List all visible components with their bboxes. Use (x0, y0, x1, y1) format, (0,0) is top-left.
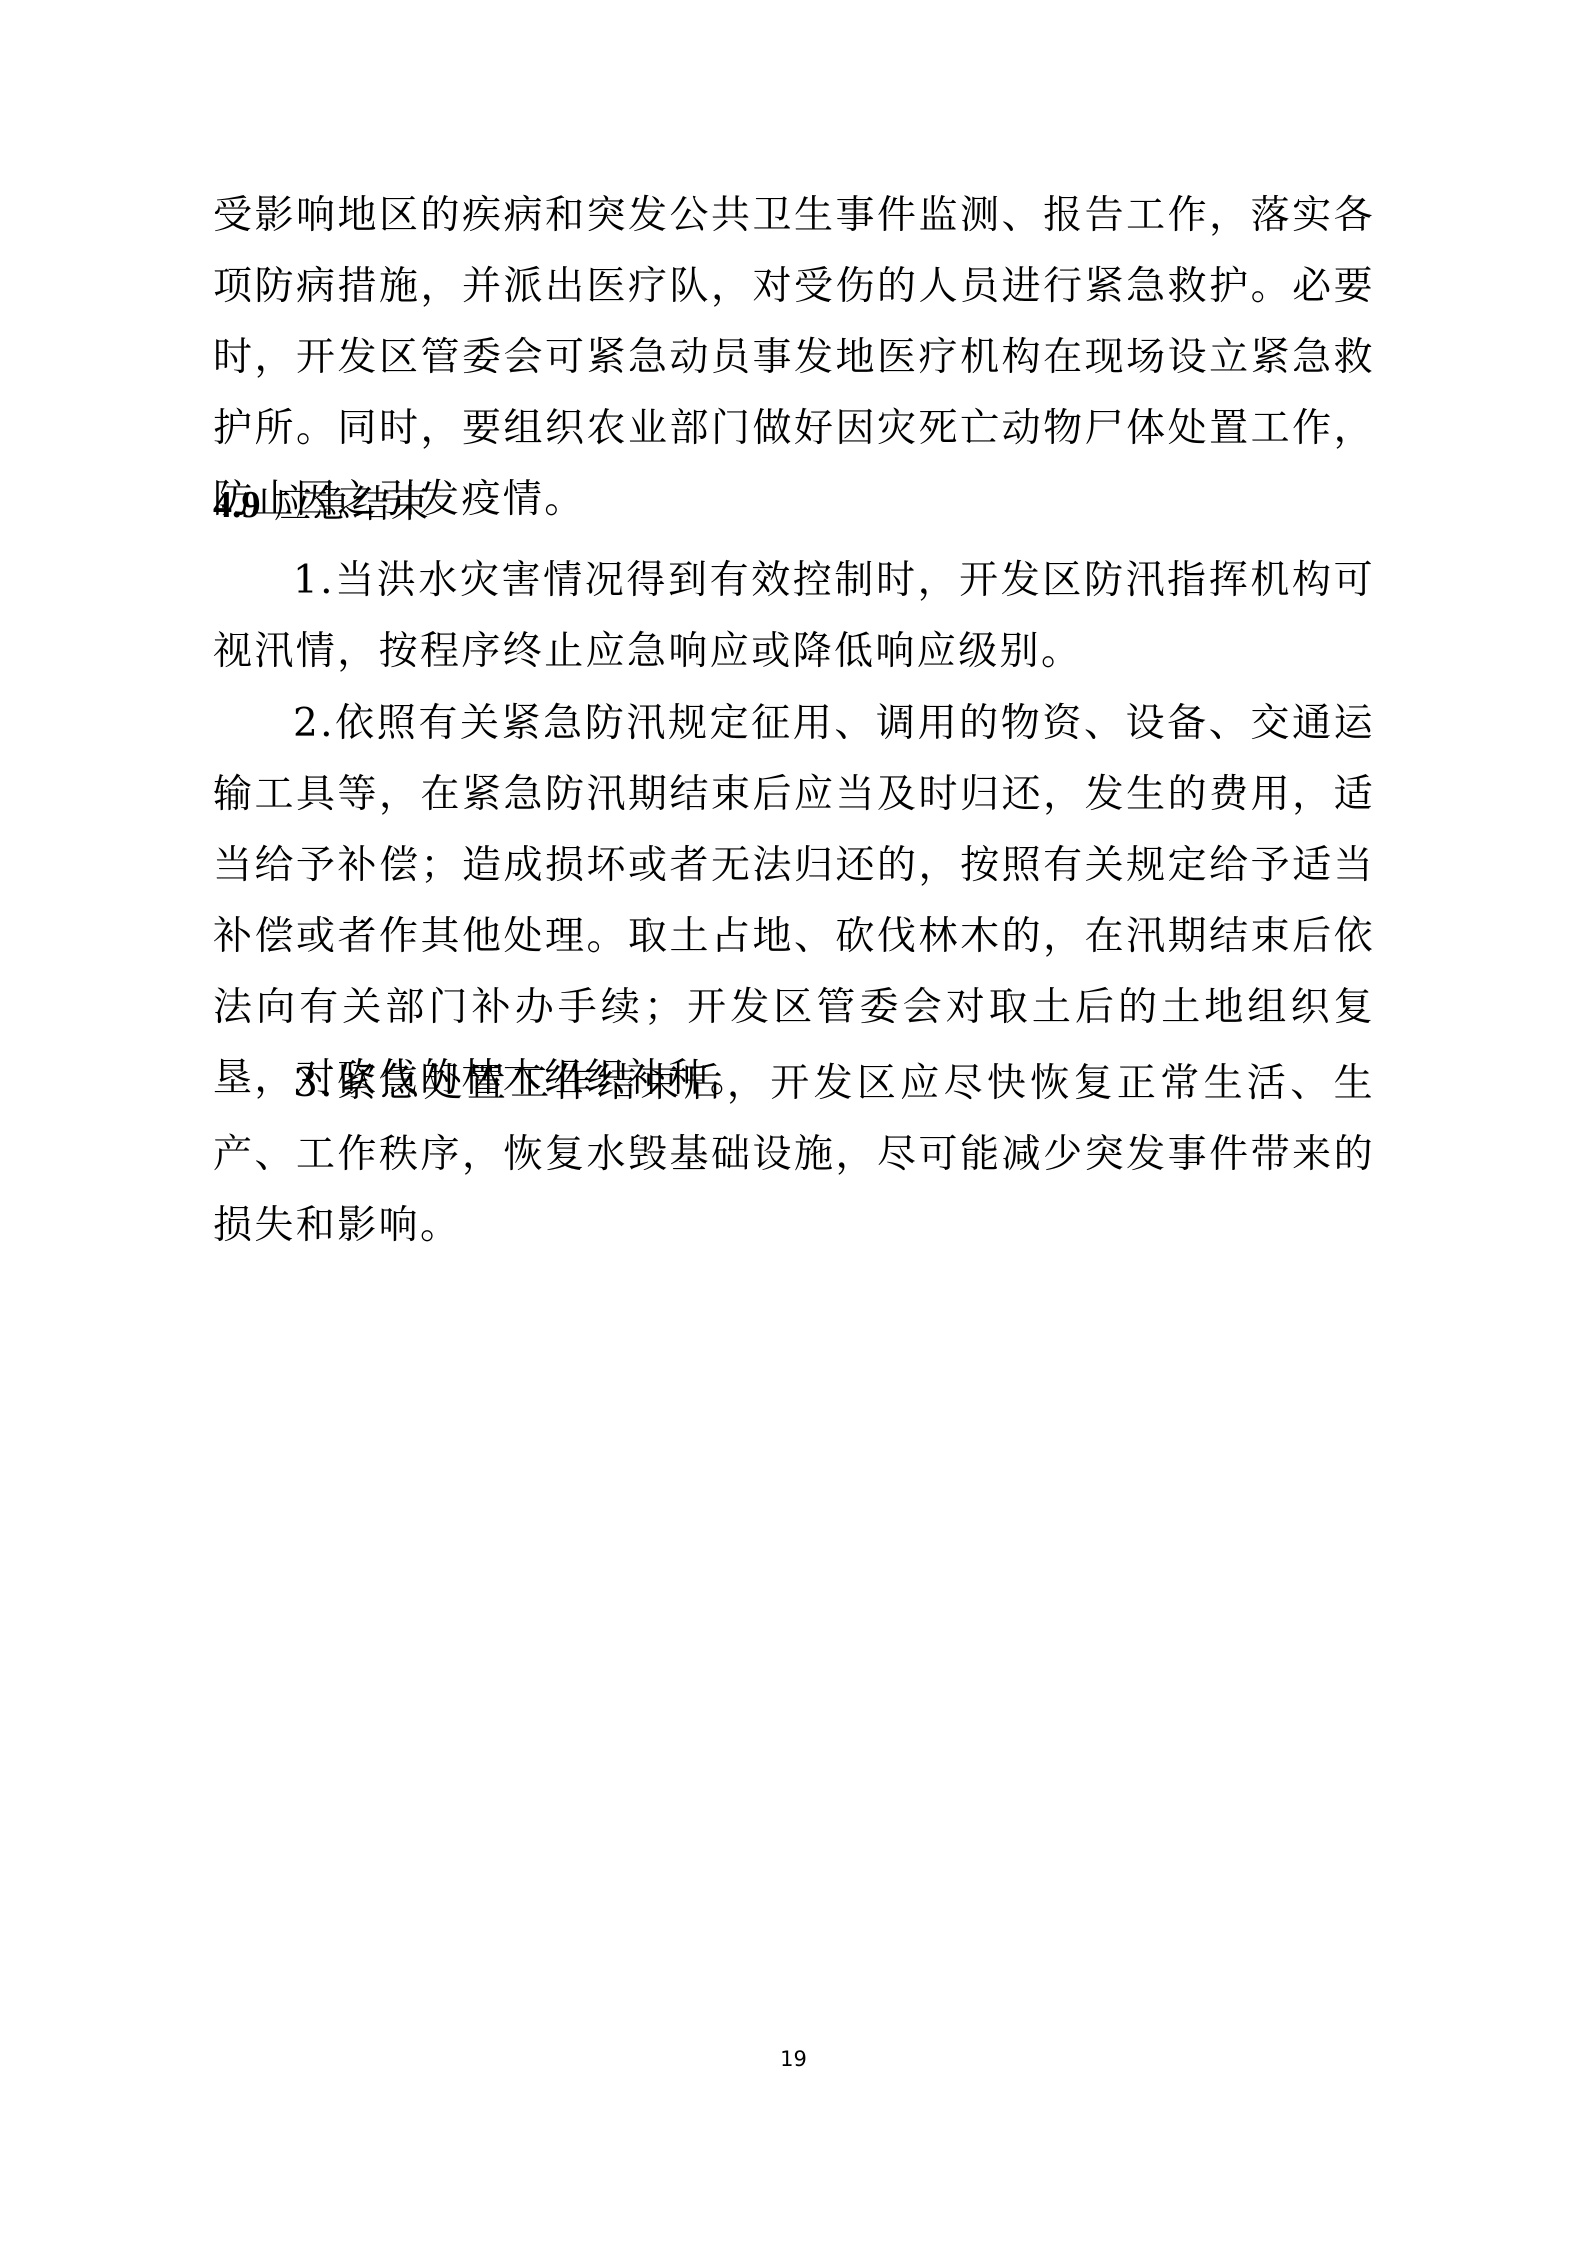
paragraph-3: 3.紧急处置工作结束后，开发区应尽快恢复正常生活、生产、工作秩序，恢复水毁基础设… (213, 1048, 1375, 1261)
page-number: 19 (0, 2044, 1587, 2074)
paragraph-block-1: 1.当洪水灾害情况得到有效控制时，开发区防汛指挥机构可视汛情，按程序终止应急响应… (213, 545, 1375, 687)
section-number: 4.9 (213, 484, 261, 526)
paragraph-block-3: 3.紧急处置工作结束后，开发区应尽快恢复正常生活、生产、工作秩序，恢复水毁基础设… (213, 1048, 1375, 1261)
section-heading: 4.9 应急结束 (213, 474, 430, 535)
paragraph-1: 1.当洪水灾害情况得到有效控制时，开发区防汛指挥机构可视汛情，按程序终止应急响应… (213, 545, 1375, 687)
section-title: 应急结束 (274, 482, 430, 526)
document-page: 受影响地区的疾病和突发公共卫生事件监测、报告工作，落实各项防病措施，并派出医疗队… (0, 0, 1587, 2245)
